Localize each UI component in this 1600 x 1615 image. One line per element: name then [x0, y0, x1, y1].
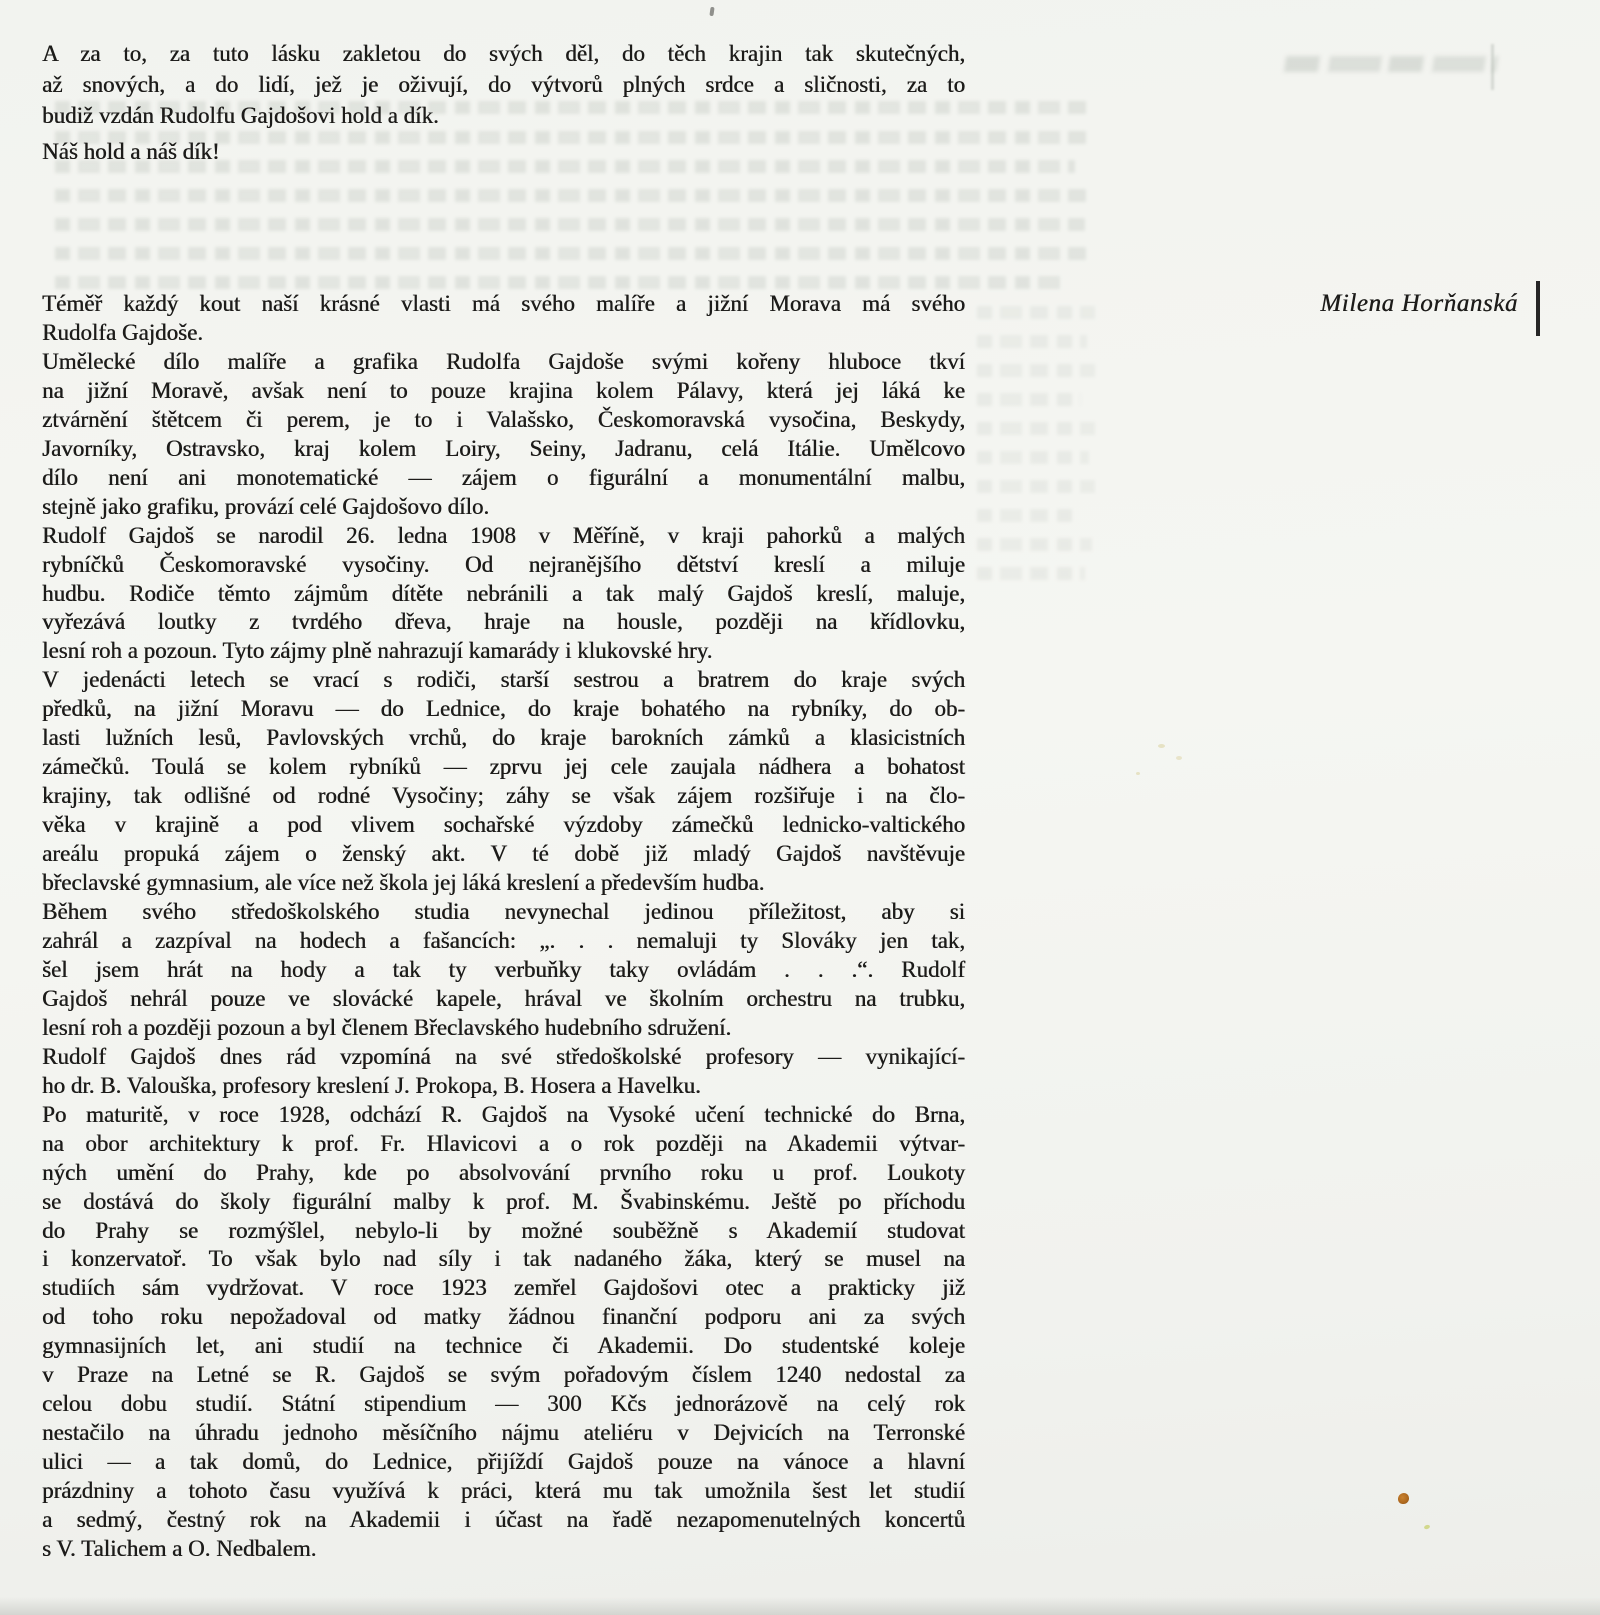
byline-rule	[1536, 281, 1540, 336]
body-text-line: Rudolfa Gajdoše.	[42, 319, 965, 348]
body-text-line: lesní roh a později pozoun a byl členem …	[42, 1014, 965, 1043]
body-text-line: do Prahy se rozmýšlel, nebylo-li by možn…	[42, 1217, 965, 1246]
ghost-text-line	[55, 218, 1085, 231]
body-text-line: s V. Talichem a O. Nedbalem.	[42, 1535, 965, 1564]
paper-fiber-speck	[1176, 756, 1182, 760]
body-text-line: Gajdoš nehrál pouze ve slovácké kapele, …	[42, 985, 965, 1014]
body-text-line: a sedmý, čestný rok na Akademii i účast …	[42, 1506, 965, 1535]
ghost-text-fragment	[977, 480, 1095, 493]
body-text-line: břeclavské gymnasium, ale více než škola…	[42, 869, 965, 898]
ghost-text-fragment	[977, 364, 1095, 377]
body-text-line: předků, na jižní Moravu — do Lednice, do…	[42, 695, 965, 724]
body-text-line: na jižní Moravě, avšak není to pouze kra…	[42, 377, 965, 406]
body-text-line: věka v krajině a pod vlivem sochařské vý…	[42, 811, 965, 840]
byline-author: Milena Horňanská	[1320, 290, 1518, 318]
body-text-line: ných umění do Prahy, kde po absolvování …	[42, 1159, 965, 1188]
body-text-line: hudbu. Rodiče těmto zájmům dítěte nebrán…	[42, 580, 965, 609]
body-text-line: ho dr. B. Valouška, profesory kreslení J…	[42, 1072, 965, 1101]
paper-fiber-speck	[1136, 772, 1140, 775]
body-text-line: vyřezává loutky z tvrdého dřeva, hraje n…	[42, 608, 965, 637]
ghost-text-fragment	[977, 335, 1087, 348]
body-text-line: zámečků. Toulá se kolem rybníků — zprvu …	[42, 753, 965, 782]
dedication-text-line: budiž vzdán Rudolfu Gajdošovi hold a dík…	[42, 100, 965, 131]
body-text-line: dílo není ani monotematické — zájem o fi…	[42, 464, 965, 493]
body-text-line: Umělecké dílo malíře a grafika Rudolfa G…	[42, 348, 965, 377]
body-text-line: se dostává do školy figurální malby k pr…	[42, 1188, 965, 1217]
body-text-line: od toho roku nepožadoval od matky žádnou…	[42, 1303, 965, 1332]
ghost-text-fragment	[977, 509, 1077, 522]
body-text-line: v Praze na Letné se R. Gajdoš se svým po…	[42, 1361, 965, 1390]
foxing-spot	[1398, 1493, 1409, 1504]
body-text-line: Rudolf Gajdoš se narodil 26. ledna 1908 …	[42, 522, 965, 551]
ghost-text-line	[55, 247, 1090, 260]
dedication-paragraph: A za to, za tuto lásku zakletou do svých…	[42, 38, 965, 167]
dedication-text-line: až snových, a do lidí, jež je oživují, d…	[42, 69, 965, 100]
body-text-line: lasti lužních lesů, Pavlovských vrchů, d…	[42, 724, 965, 753]
paper-fiber-speck	[1158, 744, 1165, 748]
body-text-line: nestačilo na úhradu jednoho měsíčního ná…	[42, 1419, 965, 1448]
ghost-rule-bleed	[1491, 44, 1494, 90]
ghost-byline-bleed	[1284, 56, 1498, 72]
paper-speck	[1423, 1524, 1430, 1530]
body-text-line: Javorníky, Ostravsko, kraj kolem Loiry, …	[42, 435, 965, 464]
dedication-text-line: Náš hold a náš dík!	[42, 136, 965, 167]
article-body: Téměř každý kout naší krásné vlasti má s…	[42, 290, 965, 1564]
body-text-line: krajiny, tak odlišné od rodné Vysočiny; …	[42, 782, 965, 811]
ghost-text-fragment	[977, 451, 1089, 464]
body-text-line: gymnasijních let, ani studií na technice…	[42, 1332, 965, 1361]
body-text-line: Po maturitě, v roce 1928, odchází R. Gaj…	[42, 1101, 965, 1130]
body-text-line: V jedenácti letech se vrací s rodiči, st…	[42, 666, 965, 695]
body-text-line: studiích sám vydržovat. V roce 1923 zemř…	[42, 1274, 965, 1303]
ghost-text-fragment	[977, 538, 1092, 551]
body-text-line: šel jsem hrát na hody a tak ty verbuňky …	[42, 956, 965, 985]
body-text-line: Téměř každý kout naší krásné vlasti má s…	[42, 290, 965, 319]
ink-speck	[709, 7, 714, 16]
body-text-line: i konzervatoř. To však bylo nad síly i t…	[42, 1245, 965, 1274]
ghost-text-fragment	[977, 422, 1095, 435]
dedication-text-line: A za to, za tuto lásku zakletou do svých…	[42, 38, 965, 69]
body-text-line: areálu propuká zájem o ženský akt. V té …	[42, 840, 965, 869]
body-text-line: lesní roh a pozoun. Tyto zájmy plně nahr…	[42, 637, 965, 666]
body-text-line: zahrál a zazpíval na hodech a fašancích:…	[42, 927, 965, 956]
body-text-line: Během svého středoškolského studia nevyn…	[42, 898, 965, 927]
ghost-text-fragment	[977, 567, 1085, 580]
body-text-line: celou dobu studií. Státní stipendium — 3…	[42, 1390, 965, 1419]
ghost-text-fragment	[977, 393, 1081, 406]
ghost-text-line	[55, 276, 1065, 289]
body-text-line: na obor architektury k prof. Fr. Hlavico…	[42, 1130, 965, 1159]
ghost-text-line	[55, 189, 1090, 202]
body-text-line: prázdniny a tohoto času využívá k práci,…	[42, 1477, 965, 1506]
body-text-line: ulici — a tak domů, do Lednice, přijíždí…	[42, 1448, 965, 1477]
body-text-line: stejně jako grafiku, provází celé Gajdoš…	[42, 493, 965, 522]
ghost-text-fragment	[977, 306, 1095, 319]
body-text-line: Rudolf Gajdoš dnes rád vzpomíná na své s…	[42, 1043, 965, 1072]
scanned-document-page: A za to, za tuto lásku zakletou do svých…	[0, 0, 1600, 1615]
body-text-line: ztvárnění štětcem či perem, je to i Vala…	[42, 406, 965, 435]
body-text-line: rybníčků Českomoravské vysočiny. Od nejr…	[42, 551, 965, 580]
